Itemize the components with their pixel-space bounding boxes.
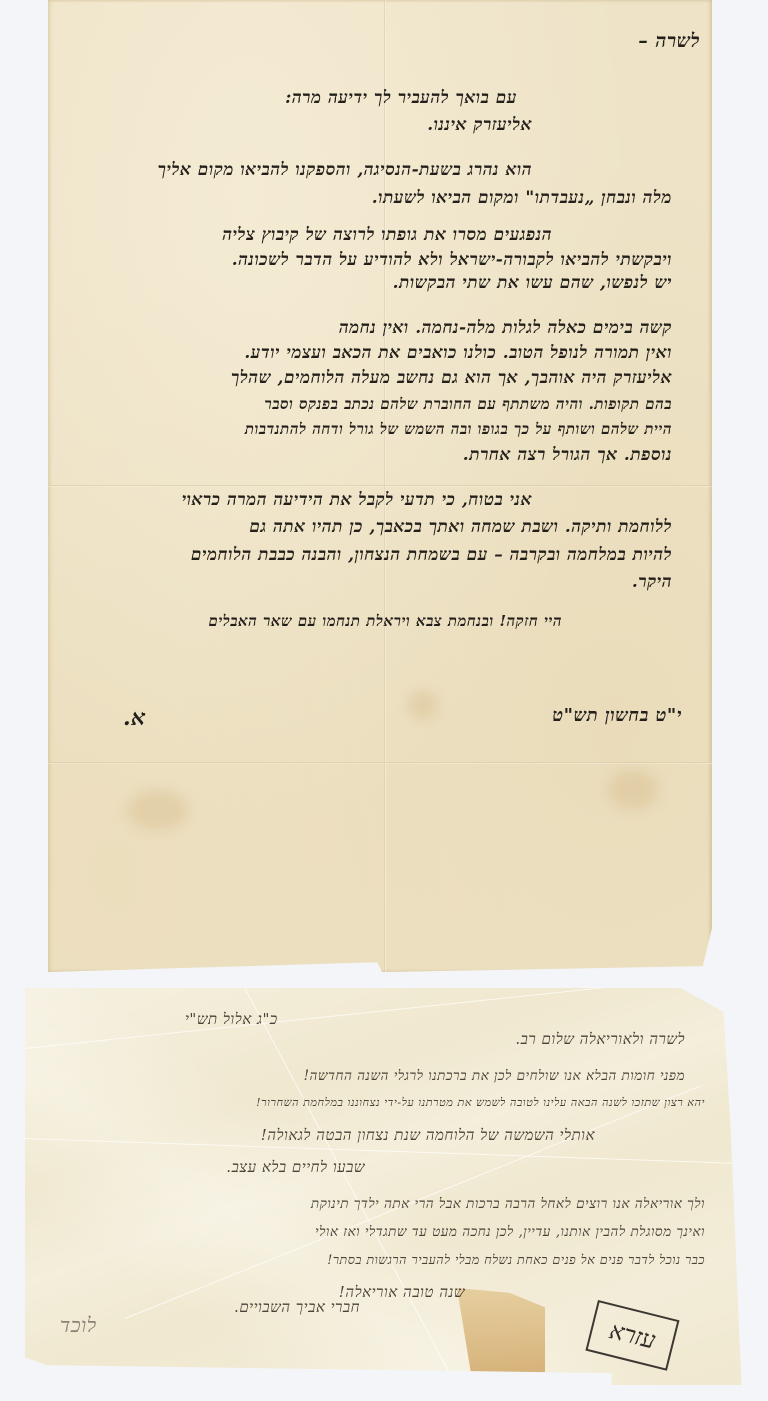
- letter-line: נוספת. אך הגורל רצה אחרת.: [463, 445, 672, 465]
- boxed-signature-stamp: עזרא: [585, 1300, 679, 1371]
- letter-line: שבעו לחיים בלא עצב.: [226, 1158, 365, 1177]
- letter-line: אותלי השמשה של הלוחמה שנת נצחון הבטה לגא…: [261, 1126, 595, 1145]
- letter-line: היקר.: [632, 572, 672, 592]
- letter-line: קשה בימים כאלה לגלות מלה-נחמה. ואין נחמה: [339, 318, 672, 338]
- letter-date: י"ט בחשון תש"ט: [552, 705, 682, 726]
- letter-greeting: לשרה ולאוריאלה שלום רב.: [515, 1030, 685, 1049]
- letter-line: ויבקשתי להביאו לקבורה-ישראל ולא להודיע ע…: [232, 250, 672, 270]
- horizontal-fold-crease: [48, 762, 712, 764]
- paper-crease: [245, 988, 462, 1395]
- letter-line: היית שלהם ושותף על כך בגופו ובה השמש של …: [245, 420, 672, 439]
- letter-line: יהא רצון שתזכו לשנה הבאה עלינו לטובה לשמ…: [256, 1096, 705, 1109]
- letter-line: בהם תקופות. והיה משתתף עם החוברת שלהם נכ…: [264, 395, 672, 414]
- letter-line: יש לנפשו, שהם עשו את שתי הבקשות.: [393, 273, 672, 293]
- letter-line: להיות במלחמה ובקרבה – עם בשמחת הנצחון, ו…: [191, 545, 672, 565]
- letter-addressee: לשרה –: [638, 30, 700, 53]
- letter-signature: א.: [123, 705, 146, 731]
- letter-line: עם בואך להעביר לך ידיעה מרה:: [285, 88, 517, 108]
- letter-line: אני בטוח, כי תדעי לקבל את הידיעה המרה כר…: [182, 490, 532, 510]
- letter-line: מלה ונבחן „נעבדתו" ומקום הביאו לשעתו.: [372, 188, 672, 208]
- letter-line: ואינך מסוגלת להבין אותנו, עדיין, לכן נחכ…: [315, 1224, 705, 1240]
- letter-line: הנפגעים מסרו את גופתו לרוצה של קיבוץ צלי…: [222, 225, 552, 245]
- tape-stain: [457, 1288, 545, 1385]
- letter-bottom-sheet: כ"ג אלול תש"י לשרה ולאוריאלה שלום רב. מפ…: [25, 988, 745, 1385]
- paper-stain: [128, 790, 188, 830]
- letter-line: ללוחמת ותיקה. ושבת שמחה ואתך בכאבך, כן ת…: [249, 517, 672, 537]
- letter-line: כבר נוכל לדבר פנים אל פנים כאחת נשלח מבל…: [327, 1252, 705, 1268]
- letter-line: מפני חומות הבלא אנו שולחים לכן את ברכתנו…: [304, 1068, 685, 1084]
- letter-line: אליעזרק היה אוהבך, אך הוא גם נחשב מעלה ה…: [231, 368, 672, 388]
- letter-line: חברי אביך השבויים.: [234, 1298, 360, 1317]
- pencil-note: לוכד: [60, 1313, 97, 1338]
- letter-line: ואין תמורה לנופל הטוב. כולנו כואבים את ה…: [244, 343, 672, 363]
- letter-line: היי חזקה! ובנחמת צבא ויראלת תנחמו עם שאר…: [209, 612, 563, 631]
- letter-line: הוא נהרג בשעת-הנסיגה, והספקנו להביאו מקו…: [158, 160, 532, 180]
- letter-line: ולך אוריאלה אנו רוצים לאחל הרבה ברכות אב…: [311, 1196, 705, 1212]
- paper-stain: [608, 770, 658, 810]
- paper-stain: [408, 690, 438, 720]
- letter-top-sheet: לשרה – עם בואך להעביר לך ידיעה מרה: אליע…: [48, 0, 712, 972]
- horizontal-fold-crease: [48, 485, 712, 487]
- letter-line: אליעזרק איננו.: [427, 115, 532, 135]
- letter-header-date: כ"ג אלול תש"י: [185, 1010, 278, 1029]
